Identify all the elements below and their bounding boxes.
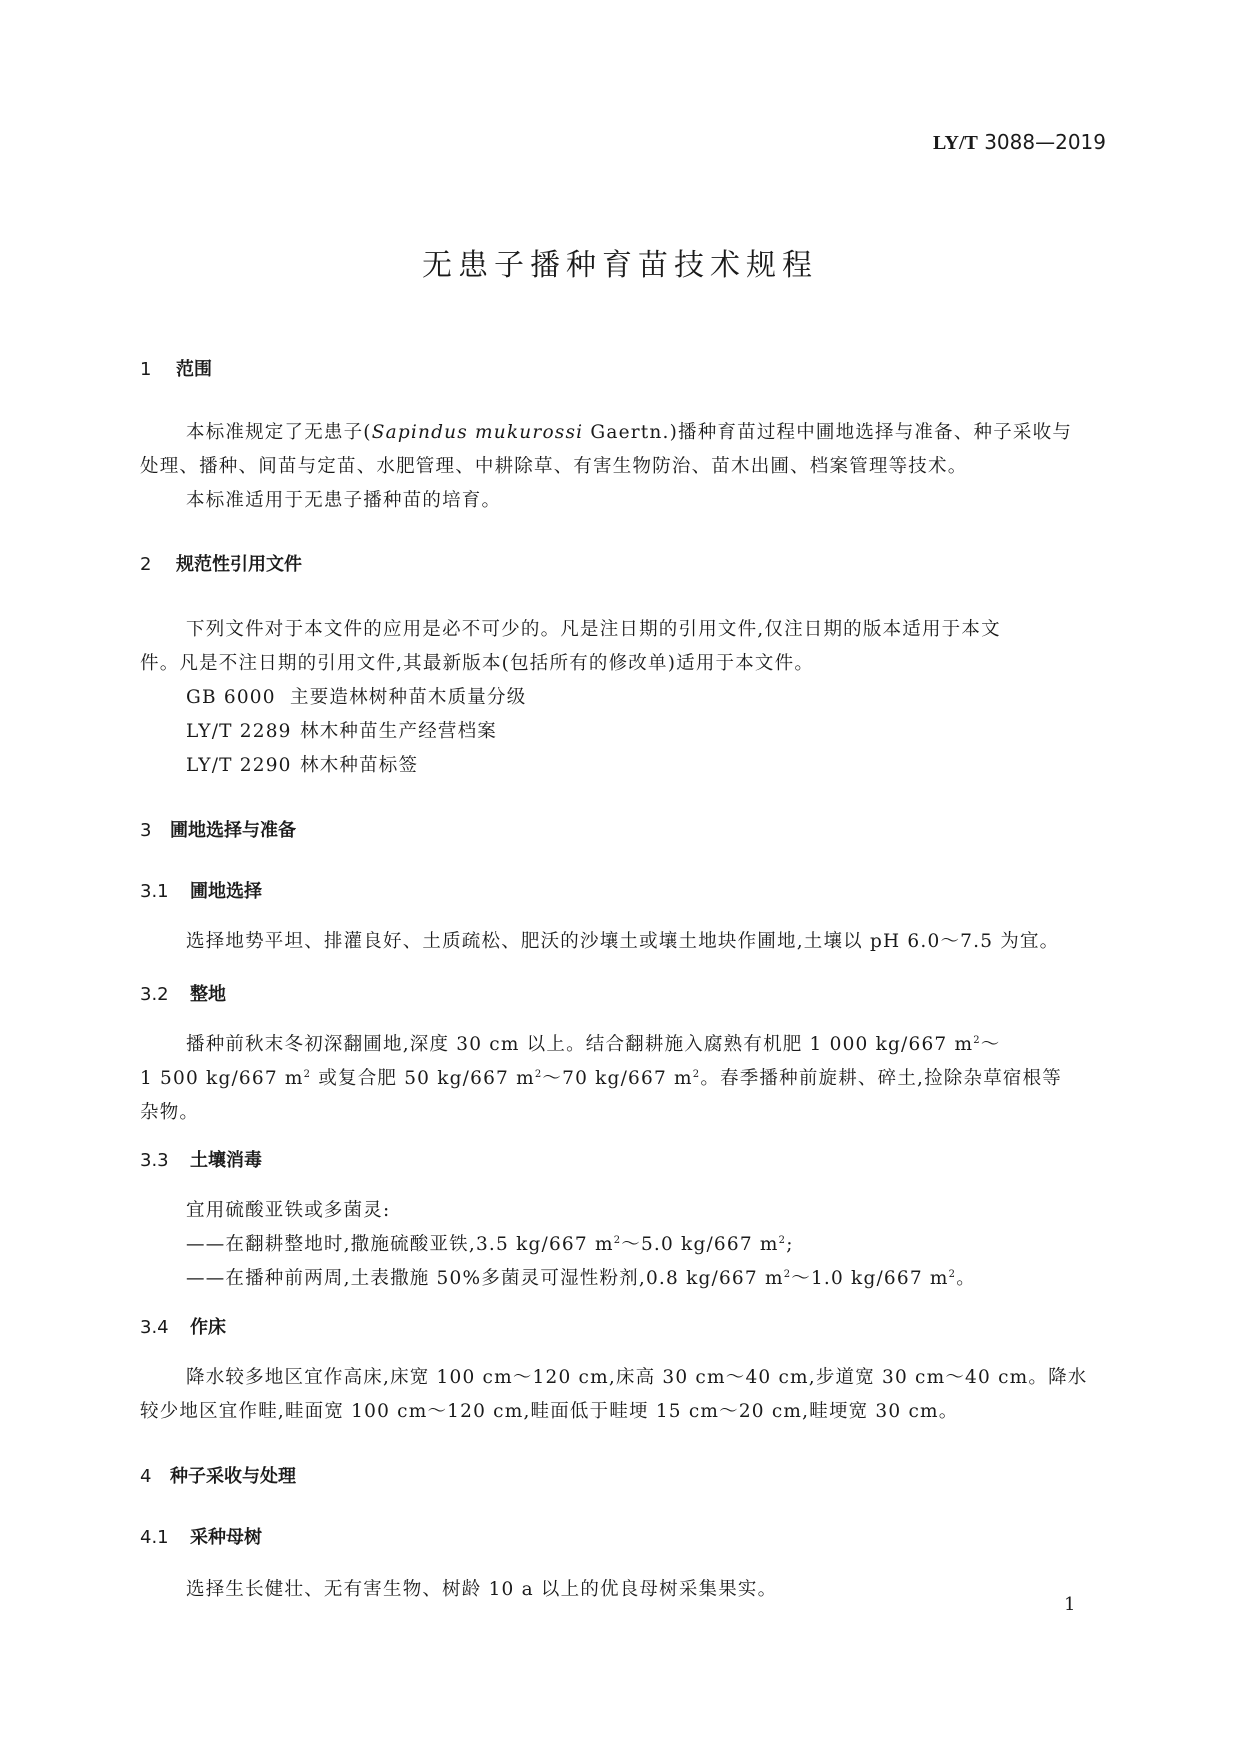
latin-name: Sapindus mukurossi [372, 422, 584, 443]
paragraph: 本标准适用于无患子播种苗的培育。 [186, 486, 501, 512]
text: 或复合肥 50 kg/667 m [311, 1068, 535, 1089]
section-title: 采种母树 [190, 1527, 262, 1548]
reference-name: 林木种苗生产经营档案 [300, 721, 497, 742]
paragraph-line: 降水较多地区宜作高床,床宽 100 cm～120 cm,床高 30 cm～40 … [186, 1363, 1087, 1389]
section-number: 4 [140, 1466, 170, 1487]
section-title: 圃地选择与准备 [170, 820, 296, 841]
paragraph-line: 杂物。 [140, 1098, 199, 1124]
section-number: 3.3 [140, 1150, 190, 1171]
reference-item: GB 6000主要造林树种苗木质量分级 [186, 683, 526, 709]
paragraph: 宜用硫酸亚铁或多菌灵: [186, 1196, 390, 1222]
section-number: 3.1 [140, 881, 190, 902]
text: 播种前秋末冬初深翻圃地,深度 30 cm 以上。结合翻耕施入腐熟有机肥 1 00… [186, 1034, 973, 1055]
section-number: 2 [140, 554, 176, 575]
paragraph-line: 播种前秋末冬初深翻圃地,深度 30 cm 以上。结合翻耕施入腐熟有机肥 1 00… [186, 1030, 1000, 1056]
standard-number: 3088—2019 [984, 130, 1106, 154]
subsection-heading-4-1: 4.1采种母树 [140, 1523, 262, 1549]
page-number: 1 [1064, 1594, 1075, 1615]
text: ～ [981, 1034, 1001, 1055]
paragraph-line: 较少地区宜作畦,畦面宽 100 cm～120 cm,畦面低于畦埂 15 cm～2… [140, 1397, 958, 1423]
paragraph-line: 处理、播种、间苗与定苗、水肥管理、中耕除草、有害生物防治、苗木出圃、档案管理等技… [140, 452, 967, 478]
section-title: 土壤消毒 [190, 1150, 262, 1171]
section-number: 3.4 [140, 1317, 190, 1338]
paragraph-line: 件。凡是不注日期的引用文件,其最新版本(包括所有的修改单)适用于本文件。 [140, 649, 814, 675]
section-number: 3 [140, 820, 170, 841]
section-number: 4.1 [140, 1527, 190, 1548]
section-heading-4: 4种子采收与处理 [140, 1462, 296, 1488]
paragraph: 选择生长健壮、无有害生物、树龄 10 a 以上的优良母树采集果实。 [186, 1575, 777, 1601]
section-title: 范围 [176, 359, 212, 380]
superscript: 2 [973, 1035, 981, 1046]
section-number: 3.2 [140, 984, 190, 1005]
paragraph: 本标准规定了无患子(Sapindus mukurossi Gaertn.)播种育… [186, 418, 1072, 444]
text: 。 [956, 1268, 976, 1289]
reference-code: GB 6000 [186, 687, 290, 708]
document-title: 无患子播种育苗技术规程 [0, 240, 1240, 284]
reference-code: LY/T 2289 [186, 721, 300, 742]
subsection-heading-3-3: 3.3土壤消毒 [140, 1146, 262, 1172]
text: ～5.0 kg/667 m [621, 1234, 778, 1255]
reference-name: 主要造林树种苗木质量分级 [290, 687, 526, 708]
subsection-heading-3-2: 3.2整地 [140, 980, 226, 1006]
paragraph-line: 1 500 kg/667 m2 或复合肥 50 kg/667 m2～70 kg/… [140, 1064, 1062, 1090]
text: Gaertn.)播种育苗过程中圃地选择与准备、种子采收与 [583, 422, 1072, 443]
text: ～70 kg/667 m [542, 1068, 692, 1089]
reference-code: LY/T 2290 [186, 755, 300, 776]
paragraph: 选择地势平坦、排灌良好、土质疏松、肥沃的沙壤土或壤土地块作圃地,土壤以 pH 6… [186, 927, 1059, 953]
section-title: 整地 [190, 984, 226, 1005]
text: 本标准规定了无患子( [186, 422, 372, 443]
subsection-heading-3-1: 3.1圃地选择 [140, 877, 262, 903]
section-number: 1 [140, 359, 176, 380]
section-title: 规范性引用文件 [176, 554, 302, 575]
section-heading-1: 1范围 [140, 355, 212, 381]
section-title: 圃地选择 [190, 881, 262, 902]
subsection-heading-3-4: 3.4作床 [140, 1313, 226, 1339]
text: ——在翻耕整地时,撒施硫酸亚铁,3.5 kg/667 m [186, 1234, 614, 1255]
reference-name: 林木种苗标签 [300, 755, 418, 776]
reference-item: LY/T 2290林木种苗标签 [186, 751, 418, 777]
text: ——在播种前两周,土表撒施 50%多菌灵可湿性粉剂,0.8 kg/667 m [186, 1268, 784, 1289]
section-title: 种子采收与处理 [170, 1466, 296, 1487]
paragraph-line: 下列文件对于本文件的应用是必不可少的。凡是注日期的引用文件,仅注日期的版本适用于… [186, 615, 1001, 641]
section-heading-3: 3圃地选择与准备 [140, 816, 296, 842]
text: 1 500 kg/667 m [140, 1068, 304, 1089]
dash-list-item: ——在播种前两周,土表撒施 50%多菌灵可湿性粉剂,0.8 kg/667 m2～… [186, 1264, 976, 1290]
reference-item: LY/T 2289林木种苗生产经营档案 [186, 717, 497, 743]
text: ～1.0 kg/667 m [791, 1268, 948, 1289]
section-title: 作床 [190, 1317, 226, 1338]
section-heading-2: 2规范性引用文件 [140, 550, 302, 576]
text: ; [786, 1234, 793, 1255]
standard-code: LY/T 3088—2019 [933, 130, 1106, 155]
dash-list-item: ——在翻耕整地时,撒施硫酸亚铁,3.5 kg/667 m2～5.0 kg/667… [186, 1230, 794, 1256]
text: 。春季播种前旋耕、碎土,捡除杂草宿根等 [700, 1068, 1062, 1089]
standard-prefix: LY/T [933, 132, 978, 154]
